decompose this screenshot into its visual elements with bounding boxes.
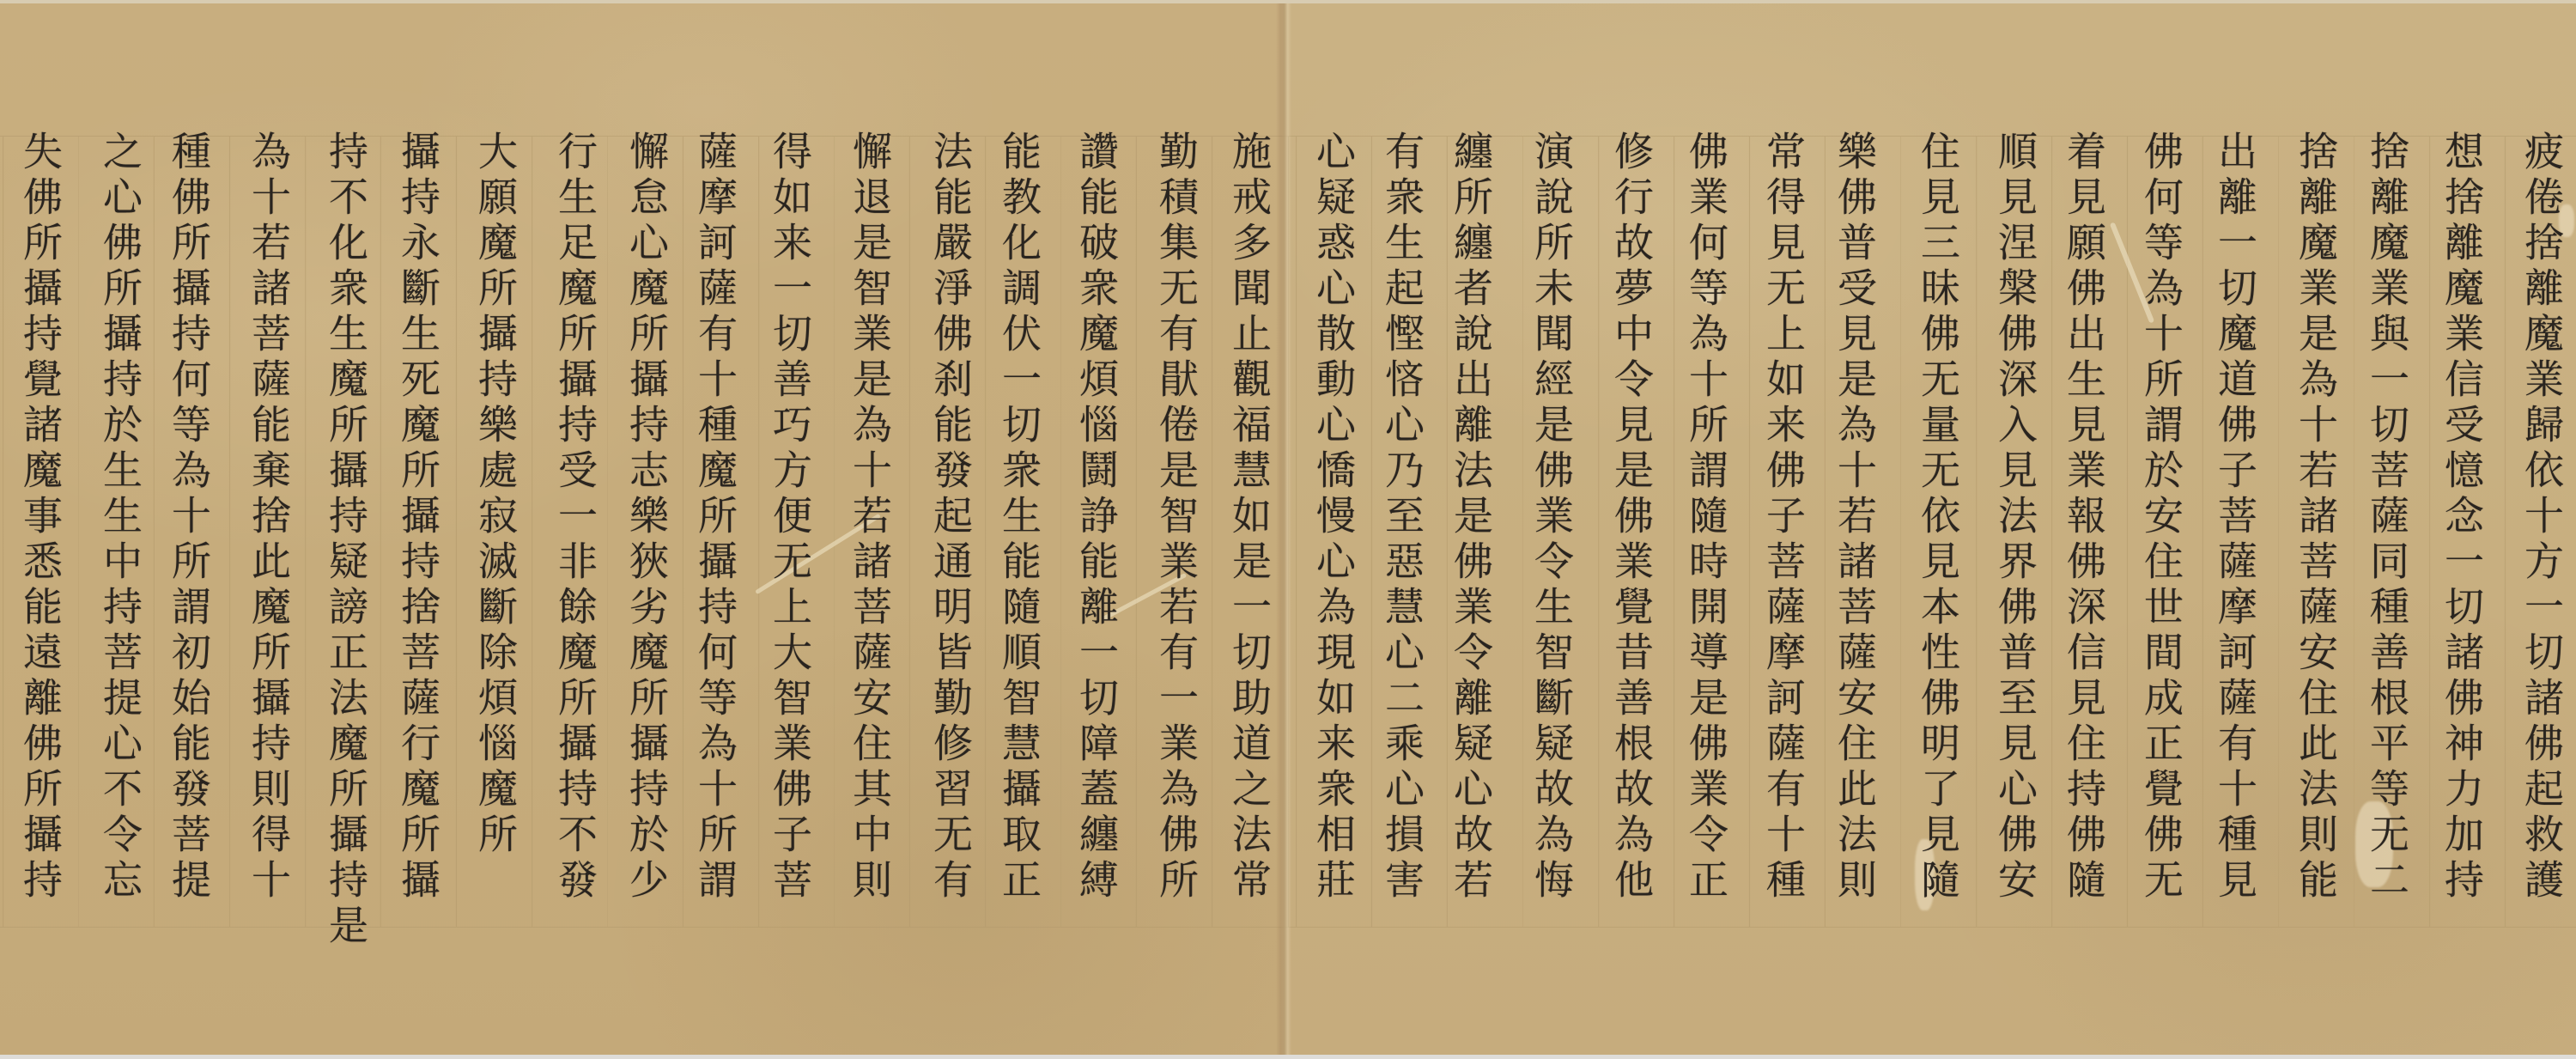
text-column: 之心佛所攝持於生生中持菩提心不令忘	[94, 131, 146, 904]
text-column: 常得見无上如来佛子菩薩摩訶薩有十種	[1758, 131, 1809, 904]
text-column: 順見涅槃佛深入見法界佛普至見心佛安	[1990, 131, 2041, 904]
text-column: 法能嚴淨佛刹能發起通明皆勤修習无有	[925, 131, 976, 904]
text-column: 持不化衆生魔所攝持疑謗正法魔所攝持是	[320, 131, 372, 950]
manuscript-sheet-left: 施戒多聞止觀福慧如是一切助道之法常 勤積集无有猒倦是智業若有一業為佛所 讚能破衆…	[0, 0, 1284, 1059]
text-column: 有衆生起慳悋心乃至惡慧心二乘心損害	[1376, 131, 1428, 904]
text-column: 佛業何等為十所謂隨時開導是佛業令正	[1680, 131, 1732, 904]
text-column: 為十若諸菩薩能棄捨此魔所攝持則得十	[243, 131, 295, 904]
scroll-bottom-edge	[0, 1055, 2576, 1059]
text-column: 捨離魔業是為十若諸菩薩安住此法則能	[2290, 131, 2342, 904]
text-column: 施戒多聞止觀福慧如是一切助道之法常	[1224, 131, 1275, 904]
manuscript-scroll: 施戒多聞止觀福慧如是一切助道之法常 勤積集无有猒倦是智業若有一業為佛所 讚能破衆…	[0, 0, 2576, 1059]
text-column: 大願魔所攝持樂處寂滅斷除煩惱魔所	[470, 131, 521, 859]
manuscript-sheet-right: 疲倦捨離魔業歸依十方一切諸佛起救護 想捨離魔業信受憶念一切諸佛神力加持 捨離魔業…	[1284, 0, 2576, 1059]
text-column: 住見三昧佛无量无依見本性佛明了見隨	[1912, 131, 1964, 904]
text-column: 捨離魔業與一切菩薩同種善根平等无二	[2361, 131, 2413, 904]
text-column: 能教化調伏一切衆生能隨順智慧攝取正	[993, 131, 1045, 904]
text-column: 薩摩訶薩有十種魔所攝持何等為十所謂	[690, 131, 741, 904]
text-column: 纏所纏者說出離法是佛業令離疑心故若	[1445, 131, 1497, 904]
text-column: 勤積集无有猒倦是智業若有一業為佛所	[1151, 131, 1202, 904]
text-column: 讚能破衆魔煩惱鬪諍能離一切障蓋纏縛	[1071, 131, 1122, 904]
text-column: 修行故夢中令見是佛業覺昔善根故為他	[1606, 131, 1657, 904]
text-column: 懈退是智業是為十若諸菩薩安住其中則	[844, 131, 896, 904]
text-column: 行生足魔所攝持受一非餘魔所攝持不發	[550, 131, 601, 904]
text-column: 疲倦捨離魔業歸依十方一切諸佛起救護	[2516, 131, 2567, 904]
text-column: 佛何等為十所謂於安住世間成正覺佛无	[2136, 131, 2187, 904]
text-column: 樂佛普受見是為十若諸菩薩安住此法則	[1829, 131, 1880, 904]
text-column: 着見願佛出生見業報佛深信見住持佛隨	[2058, 131, 2110, 904]
text-column: 懈怠心魔所攝持志樂狹劣魔所攝持於少	[621, 131, 672, 904]
text-column: 想捨離魔業信受憶念一切諸佛神力加持	[2436, 131, 2488, 904]
text-column: 心疑惑心散動心憍慢心為現如来衆相莊	[1308, 131, 1359, 904]
text-column: 得如来一切善巧方便无上大智業佛子菩	[764, 131, 816, 904]
text-column: 演說所未聞經是佛業令生智斷疑故為悔	[1526, 131, 1577, 904]
text-column: 失佛所攝持覺諸魔事悉能遠離佛所攝持	[15, 131, 66, 904]
text-column: 種佛所攝持何等為十所謂初始能發菩提	[163, 131, 215, 904]
text-column: 攝持永斷生死魔所攝持捨菩薩行魔所攝	[392, 131, 444, 904]
paper-seam	[1276, 0, 1291, 1059]
scroll-top-edge	[0, 0, 2576, 3]
text-column: 出離一切魔道佛子菩薩摩訶薩有十種見	[2209, 131, 2261, 904]
